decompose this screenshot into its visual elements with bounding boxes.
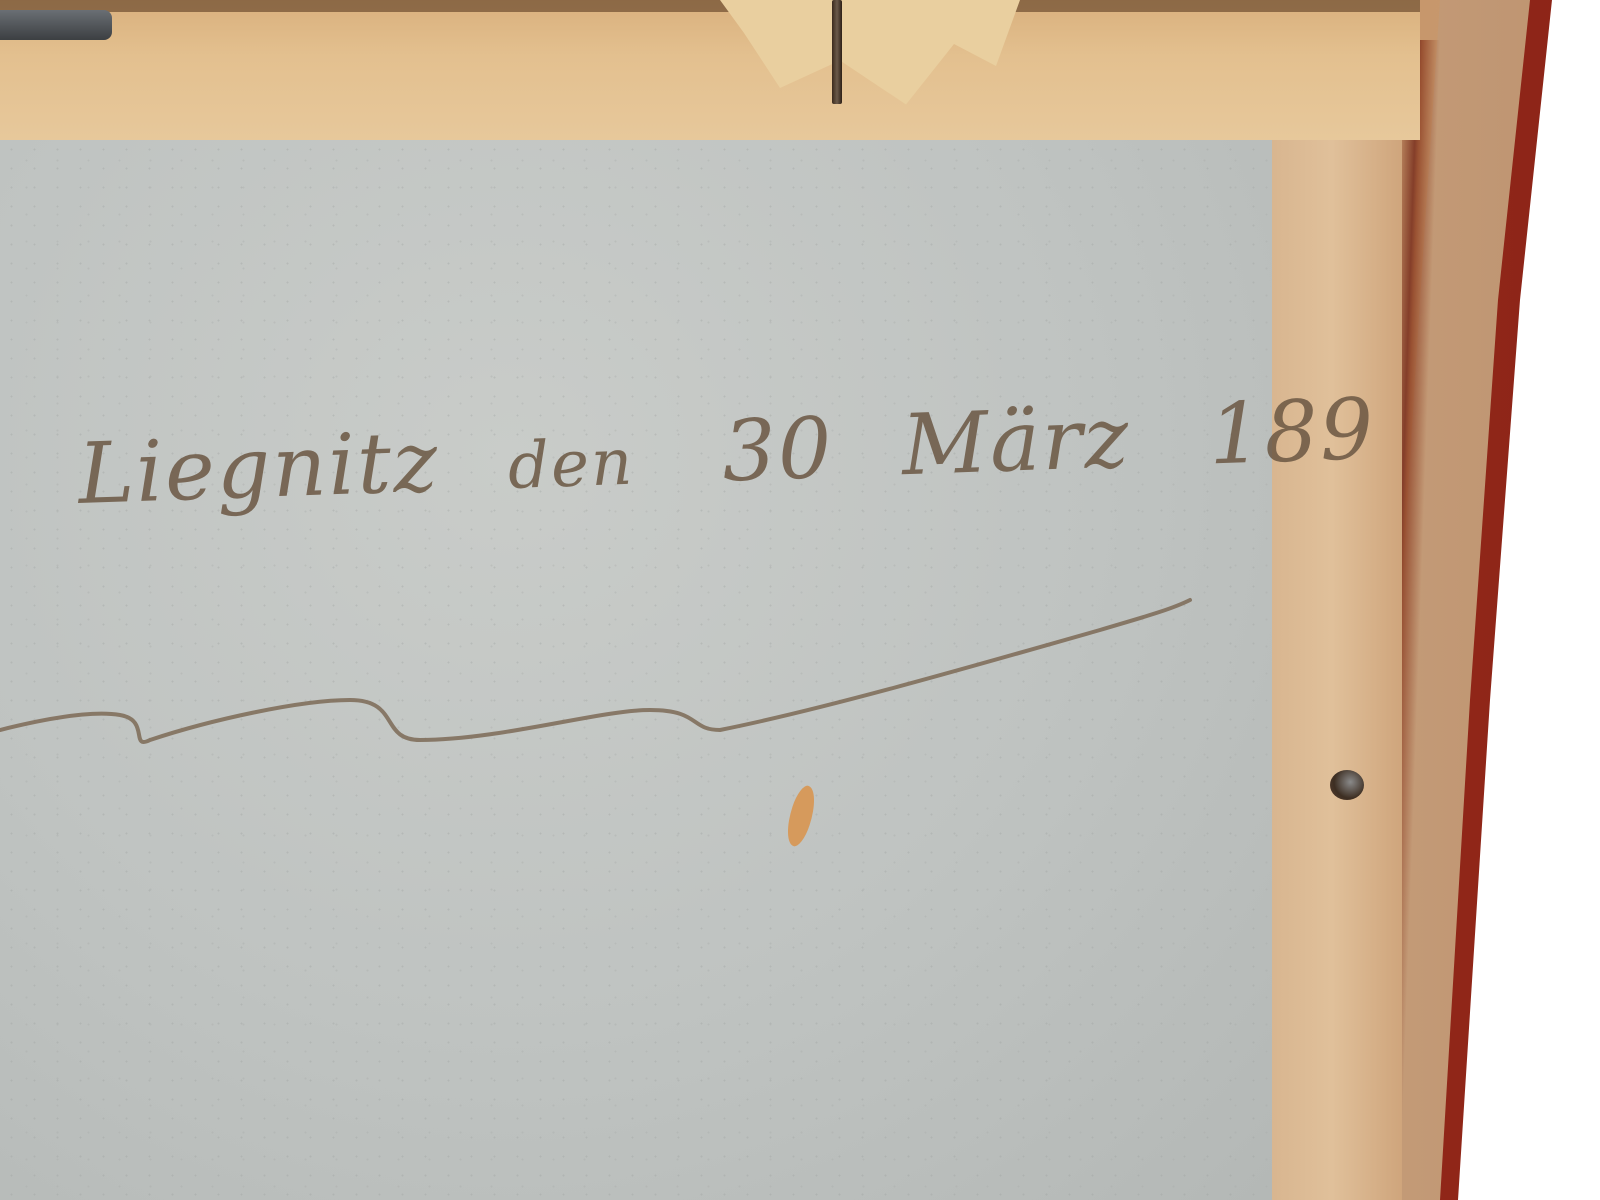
nail-head-icon: [1330, 770, 1364, 800]
nail-icon: [832, 0, 842, 104]
photo-scene: Liegnitz den 30 März 189: [0, 0, 1600, 1200]
ink-flourish-line: [0, 590, 1200, 760]
inscription-place: Liegnitz: [77, 412, 441, 523]
inscription-year: 189: [1207, 380, 1377, 484]
handwritten-inscription: Liegnitz den 30 März 189: [77, 384, 1273, 625]
top-shadow: [0, 0, 1420, 12]
right-mat-strip: [1262, 135, 1402, 1200]
inscription-den: den: [507, 426, 636, 504]
inscription-month: März: [900, 388, 1132, 494]
metal-clip-icon: [0, 10, 112, 40]
top-mat-strip: [0, 0, 1420, 140]
inscription-day: 30: [721, 399, 835, 501]
